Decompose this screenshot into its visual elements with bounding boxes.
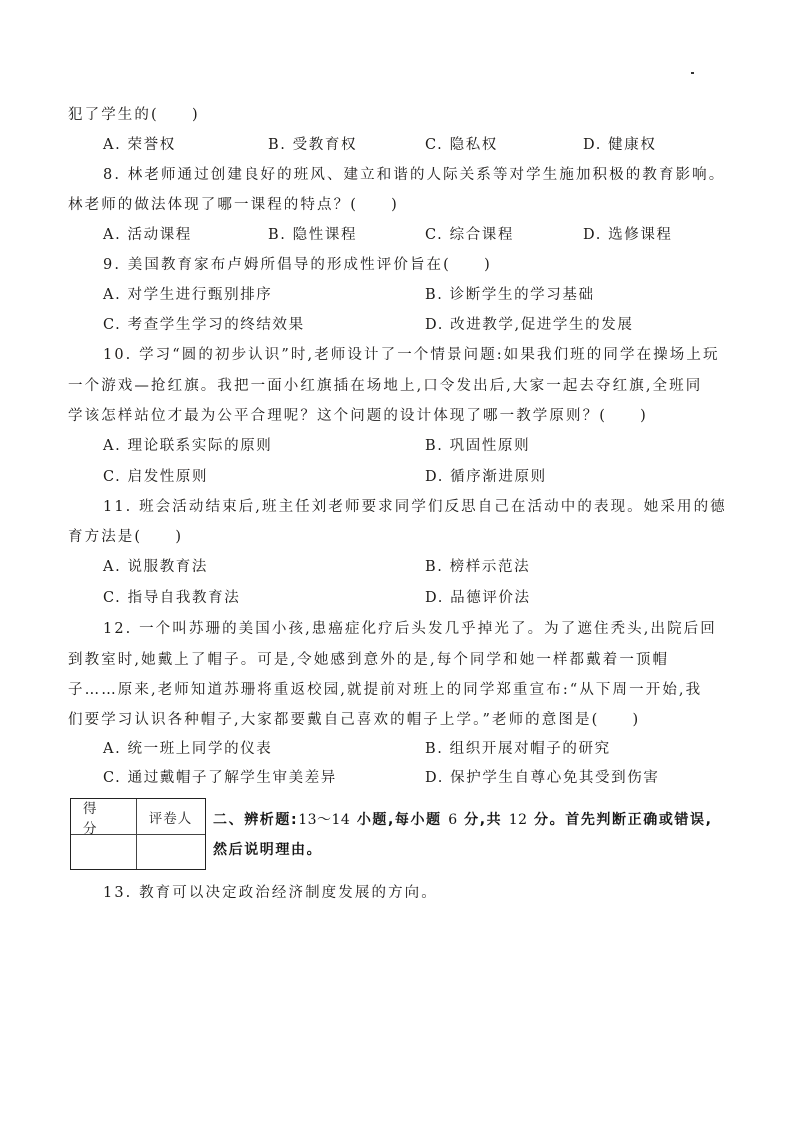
q10-option-d: D. 循序渐进原则 xyxy=(425,467,547,487)
q11-option-d: D. 品德评价法 xyxy=(425,588,531,608)
q9-option-b: B. 诊断学生的学习基础 xyxy=(425,285,595,305)
q13-stem: 13. 教育可以决定政治经济制度发展的方向。 xyxy=(103,883,438,903)
scan-mark xyxy=(691,72,694,74)
q12-stem-line-2: 到教室时,她戴上了帽子。可是,令她感到意外的是,每个同学和她一样都戴着一顶帽 xyxy=(68,650,669,670)
q11-stem-line-1: 11. 班会活动结束后,班主任刘老师要求同学们反思自己在活动中的表现。她采用的德 xyxy=(103,497,727,517)
q8-stem-line-1: 8. 林老师通过创建良好的班风、建立和谐的人际关系等对学生施加积极的教育影响。 xyxy=(103,165,725,185)
q7-option-d: D. 健康权 xyxy=(583,135,656,155)
q12-stem-line-1: 12. 一个叫苏珊的美国小孩,患癌症化疗后头发几乎掉光了。为了遮住秃头,出院后回 xyxy=(103,619,717,639)
q7-option-a: A. 荣誉权 xyxy=(103,135,176,155)
q12-option-c: C. 通过戴帽子了解学生审美差异 xyxy=(103,768,337,788)
q10-option-c: C. 启发性原则 xyxy=(103,467,208,487)
q9-option-c: C. 考查学生学习的终结效果 xyxy=(103,315,305,335)
q11-stem-line-2: 育方法是( ) xyxy=(68,527,183,547)
q7-option-c: C. 隐私权 xyxy=(425,135,498,155)
q8-option-a: A. 活动课程 xyxy=(103,225,192,245)
q11-option-a: A. 说服教育法 xyxy=(103,557,208,577)
q8-option-b: B. 隐性课程 xyxy=(268,225,357,245)
q12-stem-line-4: 们要学习认识各种帽子,大家都要戴自己喜欢的帽子上学。”老师的意图是( ) xyxy=(68,710,640,730)
grader-header: 评卷人 xyxy=(137,799,204,834)
q7-stem-tail: 犯了学生的( ) xyxy=(68,105,200,125)
q8-stem-line-2: 林老师的做法体现了哪一课程的特点？( ) xyxy=(68,195,399,215)
score-box-value-row xyxy=(71,834,205,869)
q10-stem-line-1: 10. 学习“圆的初步认识”时,老师设计了一个情景问题:如果我们班的同学在操场上… xyxy=(103,345,720,365)
q7-option-b: B. 受教育权 xyxy=(268,135,357,155)
q8-option-d: D. 选修课程 xyxy=(583,225,673,245)
section-two-points-each: 6 xyxy=(448,812,457,828)
q8-option-c: C. 综合课程 xyxy=(425,225,514,245)
q9-stem-line-1: 9. 美国教育家布卢姆所倡导的形成性评价旨在( ) xyxy=(103,255,492,275)
section-two-text-1: 小题,每小题 xyxy=(350,812,448,828)
grader-value-field[interactable] xyxy=(137,835,204,869)
q10-stem-line-2: 一个游戏—抢红旗。我把一面小红旗插在场地上,口令发出后,大家一起去夺红旗,全班同 xyxy=(68,376,702,396)
section-two-range: 13～14 xyxy=(298,812,350,828)
score-box: 得分 评卷人 xyxy=(70,798,206,870)
section-two-points-total: 12 xyxy=(509,812,528,828)
q10-stem-line-3: 学该怎样站位才最为公平合理呢？这个问题的设计体现了哪一教学原则？( ) xyxy=(68,406,648,426)
q12-stem-line-3: 子……原来,老师知道苏珊将重返校园,就提前对班上的同学郑重宣布:“从下周一开始,… xyxy=(68,680,702,700)
score-header: 得分 xyxy=(71,799,137,834)
q9-option-a: A. 对学生进行甄别排序 xyxy=(103,285,272,305)
section-two-heading-line-2: 然后说明理由。 xyxy=(213,840,322,860)
q11-option-b: B. 榜样示范法 xyxy=(425,557,530,577)
q10-option-b: B. 巩固性原则 xyxy=(425,436,530,456)
q9-option-d: D. 改进教学,促进学生的发展 xyxy=(425,315,633,335)
section-two-prefix: 二、辨析题: xyxy=(213,812,298,828)
q11-option-c: C. 指导自我教育法 xyxy=(103,588,240,608)
section-two-heading-line-1: 二、辨析题:13～14 小题,每小题 6 分,共 12 分。首先判断正确或错误, xyxy=(213,810,713,830)
q12-option-a: A. 统一班上同学的仪表 xyxy=(103,739,272,759)
score-box-header-row: 得分 评卷人 xyxy=(71,799,205,834)
q12-option-b: B. 组织开展对帽子的研究 xyxy=(425,739,611,759)
q10-option-a: A. 理论联系实际的原则 xyxy=(103,436,272,456)
q12-option-d: D. 保护学生自尊心免其受到伤害 xyxy=(425,768,659,788)
exam-page: 犯了学生的( ) A. 荣誉权 B. 受教育权 C. 隐私权 D. 健康权 8.… xyxy=(0,0,800,1145)
score-value-field[interactable] xyxy=(71,835,137,869)
section-two-text-2: 分,共 xyxy=(458,812,509,828)
section-two-text-3: 分。首先判断正确或错误, xyxy=(528,812,713,828)
